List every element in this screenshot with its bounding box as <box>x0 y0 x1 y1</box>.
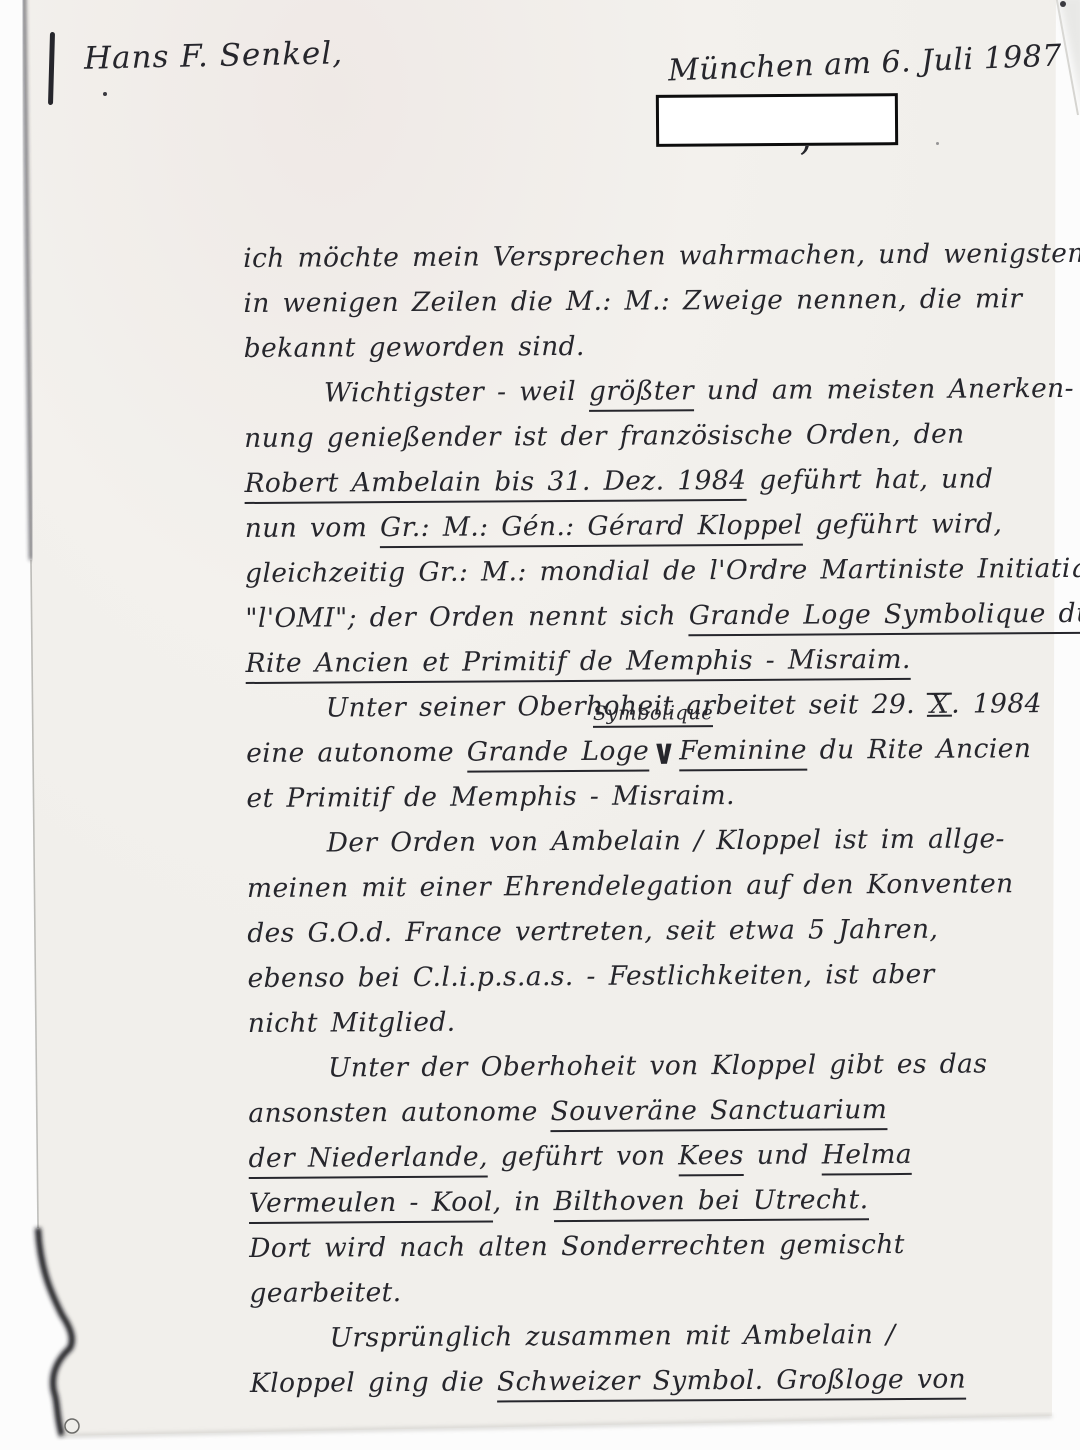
handwritten-text: des G.O.d. France vertreten, seit etwa 5… <box>247 914 938 949</box>
handwritten-line: des G.O.d. France vertreten, seit etwa 5… <box>247 906 1080 956</box>
handwritten-text: gearbeitet. <box>249 1277 401 1309</box>
underlined-text: Grande Loge <box>467 736 650 773</box>
handwritten-text: , in <box>493 1186 554 1217</box>
underlined-text: der Niederlande, <box>249 1142 488 1179</box>
handwritten-text: geführt von <box>488 1140 679 1172</box>
handwritten-line: ebenso bei C.l.i.p.s.a.s. - Festlichkeit… <box>247 951 1080 1001</box>
handwritten-text: geführt wird, <box>803 508 1003 540</box>
underlined-text: Grande Loge Symbolique du <box>689 598 1080 636</box>
handwritten-line: in wenigen Zeilen die M.: M.: Zweige nen… <box>243 276 1080 326</box>
handwritten-line: Robert Ambelain bis 31. Dez. 1984 geführ… <box>244 456 1080 506</box>
handwritten-text: Der Orden von Ambelain / Kloppel ist im … <box>327 823 1005 858</box>
handwritten-line: Rite Ancien et Primitif de Memphis - Mis… <box>245 636 1080 686</box>
ink-speck <box>103 92 107 96</box>
handwritten-text: Kloppel ging die <box>250 1366 497 1399</box>
handwritten-text: ansonsten autonome <box>248 1096 550 1129</box>
handwritten-line: Dort wird nach alten Sonderrechten gemis… <box>249 1221 1080 1271</box>
underlined-text: Helma <box>822 1139 912 1176</box>
handwritten-text: et Primitif de Memphis - Misraim. <box>246 780 735 814</box>
handwritten-text: du Rite Ancien <box>807 733 1032 765</box>
handwritten-text: gleichzeitig Gr.: M.: mondial de l'Ordre… <box>245 553 1080 589</box>
insertion-caret: Symbolique∨ <box>649 728 679 773</box>
handwritten-text: und am meisten Anerken- <box>694 373 1074 406</box>
punch-hole <box>65 1419 79 1433</box>
underlined-text: Schweizer Symbol. Großloge von <box>497 1364 966 1403</box>
handwritten-line: Vermeulen - Kool, in Bilthoven bei Utrec… <box>249 1176 1080 1226</box>
handwritten-line: nung genießender ist der französische Or… <box>244 411 1080 461</box>
handwritten-text: eine autonome <box>246 737 467 769</box>
handwritten-text: Wichtigster - weil <box>324 376 589 409</box>
handwritten-line: Kloppel ging die Schweizer Symbol. Großl… <box>250 1356 1080 1406</box>
handwritten-line: Ursprünglich zusammen mit Ambelain / <box>250 1311 1080 1361</box>
handwritten-line: nicht Mitglied. <box>248 996 1080 1046</box>
handwritten-text: Dort wird nach alten Sonderrechten gemis… <box>249 1229 905 1264</box>
underlined-text: Feminine <box>679 735 807 772</box>
sender-name: Hans F. Senkel, <box>84 35 344 76</box>
underlined-text: Kees <box>678 1140 744 1176</box>
redaction-box <box>656 93 898 147</box>
handwritten-line: der Niederlande, geführt von Kees und He… <box>248 1131 1080 1181</box>
underlined-text: Gr.: M.: Gén.: Gérard Kloppel <box>380 510 803 549</box>
ink-speck <box>1060 1 1066 7</box>
underlined-text: Bilthoven bei Utrecht. <box>553 1184 868 1222</box>
handwritten-text: nicht Mitglied. <box>248 1007 456 1039</box>
handwritten-line: nun vom Gr.: M.: Gén.: Gérard Kloppel ge… <box>245 501 1080 551</box>
handwritten-line: Unter der Oberhoheit von Kloppel gibt es… <box>248 1041 1080 1091</box>
inserted-word-above-line: Symbolique <box>593 701 713 728</box>
handwritten-text: Ursprünglich zusammen mit Ambelain / <box>330 1319 896 1353</box>
handwritten-text: bekannt geworden sind. <box>244 331 585 364</box>
handwritten-line: meinen mit einer Ehrendelegation auf den… <box>247 861 1080 911</box>
handwritten-text: nun vom <box>245 512 380 544</box>
handwritten-text: ich möchte mein Versprechen wahrmachen, … <box>243 238 1080 274</box>
handwritten-text: ebenso bei C.l.i.p.s.a.s. - Festlichkeit… <box>247 959 934 994</box>
handwritten-line: et Primitif de Memphis - Misraim. <box>246 771 1080 821</box>
handwritten-text: meinen mit einer Ehrendelegation auf den… <box>247 868 1014 904</box>
ink-speck <box>936 142 939 145</box>
handwritten-line: bekannt geworden sind. <box>244 321 1080 371</box>
handwritten-line: "l'OMI"; der Orden nennt sich Grande Log… <box>245 591 1080 641</box>
handwritten-line: gleichzeitig Gr.: M.: mondial de l'Ordre… <box>245 546 1080 596</box>
underlined-text: Robert Ambelain bis 31. Dez. 1984 <box>244 465 746 504</box>
underlined-text: Vermeulen - Kool <box>249 1186 493 1223</box>
underlined-text: Souveräne Sanctuarium <box>551 1094 888 1132</box>
underlined-text: größter <box>589 375 694 412</box>
handwritten-text: . 1984 <box>951 688 1042 720</box>
underlined-text: Rite Ancien et Primitif de Memphis - Mis… <box>246 644 911 684</box>
handwritten-text: Unter der Oberhoheit von Kloppel gibt es… <box>328 1048 987 1083</box>
caret-mark-icon: ∨ <box>652 733 677 773</box>
handwritten-line: Der Orden von Ambelain / Kloppel ist im … <box>247 816 1080 866</box>
handwritten-text: nung genießender ist der französische Or… <box>244 419 965 454</box>
handwritten-line: eine autonome Grande LogeSymbolique∨Femi… <box>246 726 1080 776</box>
handwritten-text: und <box>744 1139 822 1170</box>
handwritten-line: ich möchte mein Versprechen wahrmachen, … <box>243 231 1080 281</box>
roman-numeral-month: X <box>928 689 951 720</box>
handwritten-text: geführt hat, und <box>746 463 993 496</box>
letter-body: ich möchte mein Versprechen wahrmachen, … <box>243 231 1080 1406</box>
handwritten-line: gearbeitet. <box>249 1266 1080 1316</box>
handwritten-text: "l'OMI"; der Orden nennt sich <box>245 600 689 634</box>
handwritten-text: in wenigen Zeilen die M.: M.: Zweige nen… <box>243 283 1022 319</box>
handwritten-line: ansonsten autonome Souveräne Sanctuarium <box>248 1086 1080 1136</box>
handwritten-line: Wichtigster - weil größter und am meiste… <box>244 366 1080 416</box>
